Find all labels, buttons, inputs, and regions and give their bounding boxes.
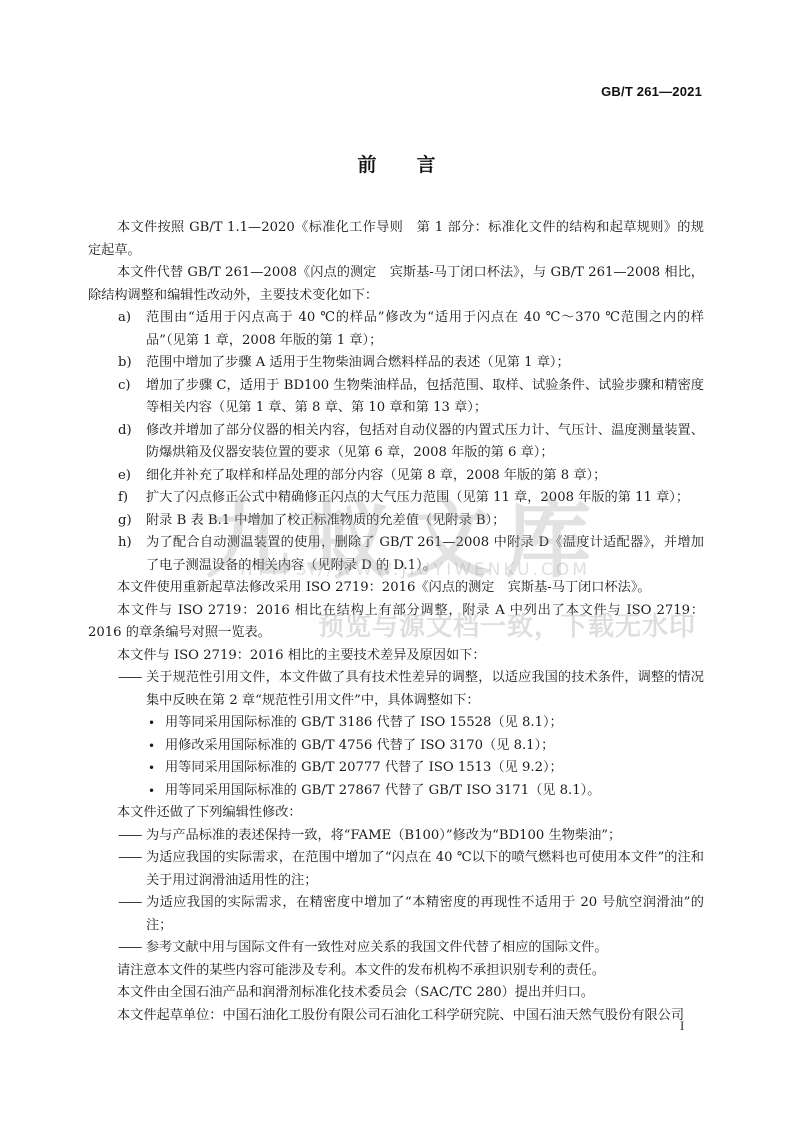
bullet-item: •用等同采用国际标准的 GB/T 27867 代替了 GB/T ISO 3171… [88,780,704,803]
editorial-item: ——参考文献中用与国际文件有一致性对应关系的我国文件代替了相应的国际文件。 [88,937,704,960]
page-title: 前言 [0,150,793,177]
editorial-changes-list: ——为与产品标准的表述保持一致，将“FAME（B100）”修改为“BD100 生… [88,825,704,960]
editorial-item: ——为适应我国的实际需求，在范围中增加了“闪点在 40 ℃以下的喷气燃料也可使用… [88,847,704,892]
item-text: 为与产品标准的表述保持一致，将“FAME（B100）”修改为“BD100 生物柴… [146,828,621,843]
bullet-item: •用修改采用国际标准的 GB/T 4756 代替了 ISO 3170（见 8.1… [88,735,704,758]
paragraph-proposer: 本文件由全国石油产品和润滑剂标准化技术委员会（SAC/TC 280）提出并归口。 [88,982,704,1005]
paragraph-structure: 本文件与 ISO 2719：2016 相比在结构上有部分调整，附录 A 中列出了… [88,600,704,645]
dash-marker: —— [118,825,140,848]
technical-changes-list: a)范围由“适用于闪点高于 40 ℃的样品”修改为“适用于闪点在 40 ℃～37… [88,307,704,577]
item-text: 范围中增加了步骤 A 适用于生物柴油调合燃料样品的表述（见第 1 章）； [146,355,570,370]
bullet-text: 用等同采用国际标准的 GB/T 20777 代替了 ISO 1513（见 9.2… [165,760,563,775]
item-text: 附录 B 表 B.1 中增加了校正标准物质的允差值（见附录 B）； [146,513,505,528]
bullet-text: 用修改采用国际标准的 GB/T 4756 代替了 ISO 3170（见 8.1）… [165,738,554,753]
bullet-item: •用等同采用国际标准的 GB/T 20777 代替了 ISO 1513（见 9.… [88,757,704,780]
bullet-text: 用等同采用国际标准的 GB/T 27867 代替了 GB/T ISO 3171（… [165,783,600,798]
list-item: b)范围中增加了步骤 A 适用于生物柴油调合燃料样品的表述（见第 1 章）； [88,352,704,375]
item-marker: e) [118,465,131,488]
item-marker: b) [118,352,132,375]
tech-difference-item: ——关于规范性引用文件，本文件做了具有技术性差异的调整，以适应我国的技术条件，调… [88,667,704,712]
item-text: 参考文献中用与国际文件有一致性对应关系的我国文件代替了相应的国际文件。 [146,940,608,955]
dash-marker: —— [118,892,140,915]
bullet-icon: • [148,735,155,758]
item-text: 修改并增加了部分仪器的相关内容，包括对自动仪器的内置式压力计、气压计、温度测量装… [146,423,704,461]
paragraph-drafting-units: 本文件起草单位：中国石油化工股份有限公司石油化工科学研究院、中国石油天然气股份有… [88,1005,704,1028]
document-page: GB/T 261—2021 前言 本文件按照 GB/T 1.1—2020《标准化… [0,0,793,1122]
bullet-icon: • [148,712,155,735]
bullet-text: 用等同采用国际标准的 GB/T 3186 代替了 ISO 15528（见 8.1… [165,715,563,730]
item-text: 增加了步骤 C，适用于 BD100 生物柴油样品，包括范围、取样、试验条件、试验… [146,378,704,416]
title-char-2: 言 [417,150,436,177]
paragraph-editorial-intro: 本文件还做了下列编辑性修改： [88,802,704,825]
editorial-item: ——为适应我国的实际需求，在精密度中增加了“本精密度的再现性不适用于 20 号航… [88,892,704,937]
bullet-icon: • [148,780,155,803]
dash-marker: —— [118,847,140,870]
list-item: g)附录 B 表 B.1 中增加了校正标准物质的允差值（见附录 B）； [88,510,704,533]
item-text: 扩大了闪点修正公式中精确修正闪点的大气压力范围（见第 11 章，2008 年版的… [146,490,689,505]
paragraph-drafting-rules: 本文件按照 GB/T 1.1—2020《标准化工作导则 第 1 部分：标准化文件… [88,217,704,262]
item-marker: c) [118,375,131,398]
item-marker: a) [118,307,131,330]
item-text: 关于规范性引用文件，本文件做了具有技术性差异的调整，以适应我国的技术条件，调整的… [146,670,704,708]
item-text: 为了配合自动测温装置的使用，删除了 GB/T 261—2008 中附录 D《温度… [146,535,704,573]
reference-bullet-list: •用等同采用国际标准的 GB/T 3186 代替了 ISO 15528（见 8.… [88,712,704,802]
paragraph-differences: 本文件与 ISO 2719：2016 相比的主要技术差异及原因如下： [88,645,704,668]
item-marker: f) [118,487,128,510]
item-marker: g) [118,510,132,533]
item-text: 为适应我国的实际需求，在范围中增加了“闪点在 40 ℃以下的喷气燃料也可使用本文… [146,850,704,888]
list-item: c)增加了步骤 C，适用于 BD100 生物柴油样品，包括范围、取样、试验条件、… [88,375,704,420]
editorial-item: ——为与产品标准的表述保持一致，将“FAME（B100）”修改为“BD100 生… [88,825,704,848]
bullet-icon: • [148,757,155,780]
dash-marker: —— [118,667,140,690]
list-item: e)细化并补充了取样和样品处理的部分内容（见第 8 章，2008 年版的第 8 … [88,465,704,488]
bullet-item: •用等同采用国际标准的 GB/T 3186 代替了 ISO 15528（见 8.… [88,712,704,735]
list-item: a)范围由“适用于闪点高于 40 ℃的样品”修改为“适用于闪点在 40 ℃～37… [88,307,704,352]
title-char-1: 前 [357,150,376,177]
item-text: 为适应我国的实际需求，在精密度中增加了“本精密度的再现性不适用于 20 号航空润… [146,895,704,933]
item-marker: h) [118,532,132,555]
item-text: 细化并补充了取样和样品处理的部分内容（见第 8 章，2008 年版的第 8 章）… [146,468,606,483]
paragraph-replaces: 本文件代替 GB/T 261—2008《闪点的测定 宾斯基-马丁闭口杯法》，与 … [88,262,704,307]
paragraph-patent-notice: 请注意本文件的某些内容可能涉及专利。本文件的发布机构不承担识别专利的责任。 [88,960,704,983]
list-item: d)修改并增加了部分仪器的相关内容，包括对自动仪器的内置式压力计、气压计、温度测… [88,420,704,465]
list-item: h)为了配合自动测温装置的使用，删除了 GB/T 261—2008 中附录 D《… [88,532,704,577]
item-text: 范围由“适用于闪点高于 40 ℃的样品”修改为“适用于闪点在 40 ℃～370 … [146,310,704,348]
dash-marker: —— [118,937,140,960]
item-marker: d) [118,420,132,443]
document-body: 本文件按照 GB/T 1.1—2020《标准化工作导则 第 1 部分：标准化文件… [88,217,704,1027]
document-code: GB/T 261—2021 [601,84,702,99]
paragraph-adoption: 本文件使用重新起草法修改采用 ISO 2719：2016《闪点的测定 宾斯基-马… [88,577,704,600]
list-item: f)扩大了闪点修正公式中精确修正闪点的大气压力范围（见第 11 章，2008 年… [88,487,704,510]
page-number: I [680,1018,684,1034]
